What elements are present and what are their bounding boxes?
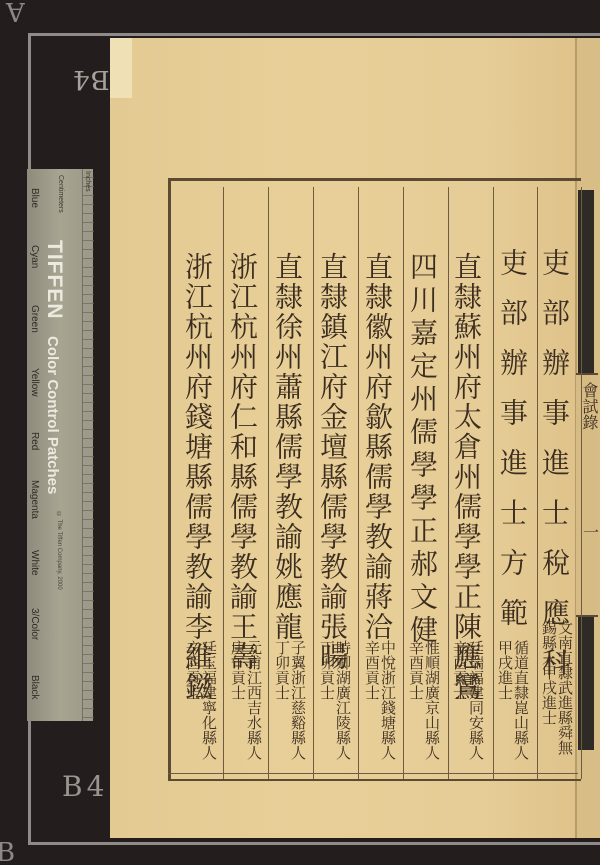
column-3-main: 直隸蘇州府太倉州儒學學正陳應鸞 <box>452 252 480 702</box>
column-8-note-b: 庚午貢士 <box>230 640 245 700</box>
swatch-label-green: Green <box>29 305 40 333</box>
column-8-note-a: 元甫江西吉水縣人 <box>246 640 261 760</box>
column-1-note-b: 錫縣人甲戌進士 <box>541 620 556 725</box>
column-3-note-b: 辛酉貢士 <box>452 640 467 700</box>
scan-corner-letter-a: A <box>6 0 25 26</box>
column-divider <box>448 187 449 779</box>
banner-page-number: 一 <box>583 520 599 543</box>
column-6-note-a: 時卿湖廣江陵縣人 <box>335 640 350 760</box>
swatch-label-cyan: Cyan <box>29 245 40 268</box>
column-divider <box>313 187 314 779</box>
product-name: Color Control Patches <box>44 336 61 494</box>
bottom-rule <box>168 773 578 774</box>
column-4-note-b: 辛酉貢士 <box>408 640 423 700</box>
column-7-note-b: 丁卯貢士 <box>274 640 289 700</box>
column-2-note-a: 循道直隸崑山縣人 <box>513 640 528 760</box>
column-2-main: 吏部辦事進士方範 <box>498 248 526 648</box>
column-4-main: 四川嘉定州儒學學正郝文健 <box>408 252 436 648</box>
folio-label: B4 <box>62 770 108 803</box>
ruler-scale <box>82 169 94 721</box>
inches-label: Inches <box>84 171 91 192</box>
column-2-note-b: 甲戌進士 <box>497 640 512 700</box>
column-7-note-a: 子翼浙江慈谿縣人 <box>290 640 305 760</box>
column-6-main: 直隸鎮江府金壇縣儒學教諭張暘 <box>318 252 346 672</box>
column-divider <box>403 187 404 779</box>
column-6-note-b: 丁卯貢士 <box>319 640 334 700</box>
column-divider <box>358 187 359 779</box>
upside-down-folio-label: B4 <box>72 64 110 94</box>
column-9-note-a: 廷玉福建寧化縣人 <box>201 640 216 760</box>
column-7-main: 直隸徐州蕭縣儒學教諭姚應龍 <box>273 252 301 642</box>
brand-logo: TIFFEN <box>42 240 66 320</box>
column-5-main: 直隸徽州府歙縣儒學教諭蔣洽 <box>363 252 391 642</box>
swatch-label-yellow: Yellow <box>29 368 40 397</box>
scan-corner-letter-b: B <box>0 838 15 865</box>
swatch-label-red: Red <box>29 432 40 450</box>
torn-page-corner <box>110 38 132 98</box>
swatch-label-blue: Blue <box>29 188 40 208</box>
swatch-label-3color: 3/Color <box>29 608 40 640</box>
column-1-note-a: 文南直隸武進縣舜無 <box>557 620 572 755</box>
column-divider <box>268 187 269 779</box>
column-9-main: 浙江杭州府錢塘縣儒學教諭李維鎡 <box>183 252 211 702</box>
column-5-note-a: 中悅浙江錢塘縣人 <box>380 640 395 760</box>
copyright-text: © The Tiffen Company, 2000 <box>56 512 62 590</box>
column-5-note-b: 辛酉貢士 <box>364 640 379 700</box>
centimeters-label: Centimeters <box>57 175 64 213</box>
column-divider <box>581 187 582 779</box>
column-9-note-b: 辛酉貢士 <box>185 640 200 700</box>
column-divider <box>493 187 494 779</box>
swatch-label-white: White <box>29 550 40 576</box>
column-8-main: 浙江杭州府仁和縣儒學教諭王壽 <box>228 252 256 672</box>
swatch-label-black: Black <box>29 675 40 699</box>
column-divider <box>223 187 224 779</box>
swatch-label-magenta: Magenta <box>29 480 40 519</box>
column-3-note-a: 廷瑞福建同安縣人 <box>468 640 483 760</box>
column-4-note-a: 惟順湖廣京山縣人 <box>424 640 439 760</box>
